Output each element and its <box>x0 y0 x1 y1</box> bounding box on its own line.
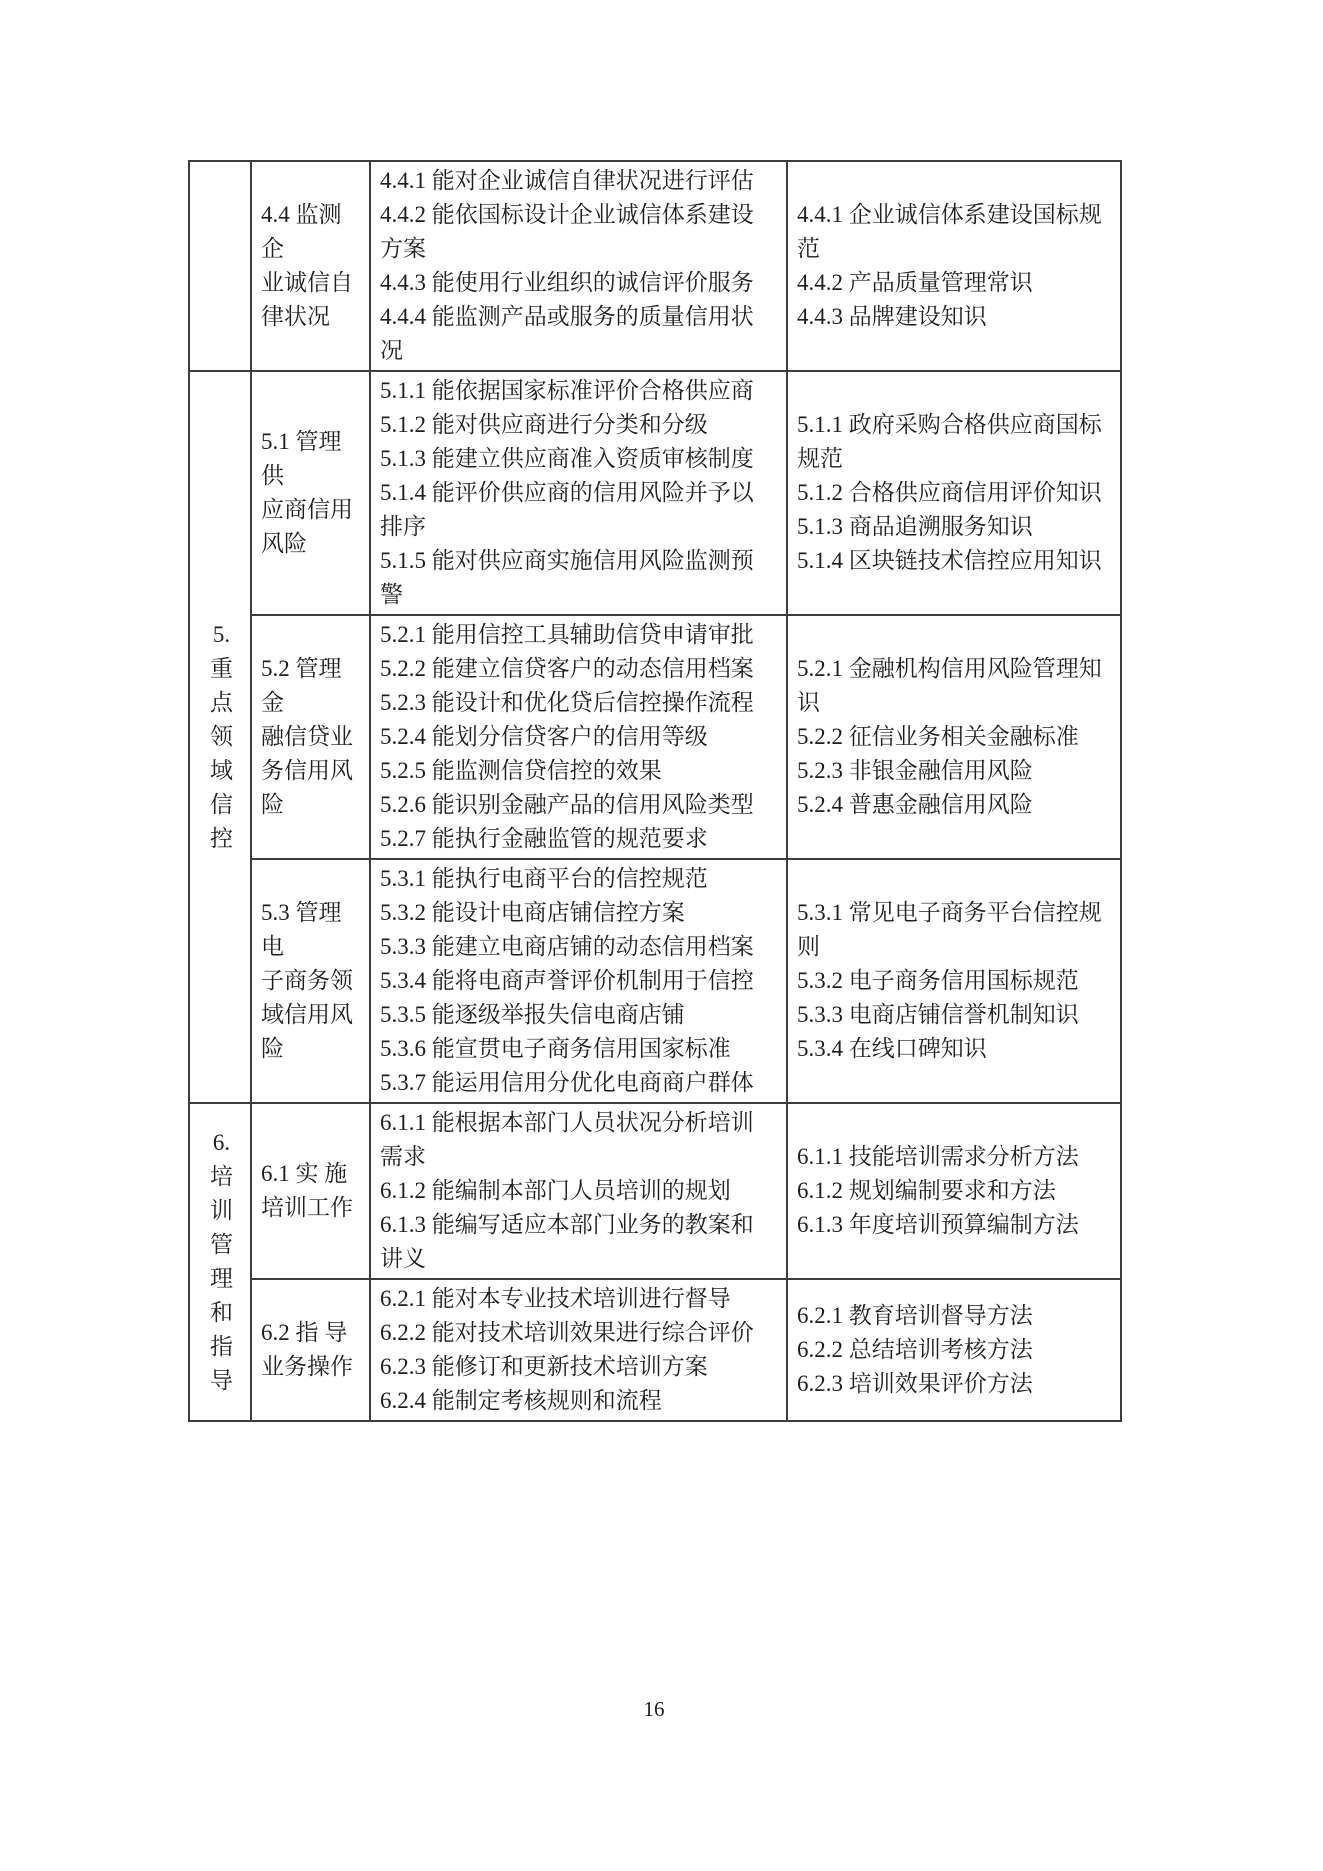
knowledge-cell-6-1: 6.1.1 技能培训需求分析方法 6.1.2 规划编制要求和方法 6.1.3 年… <box>787 1103 1121 1279</box>
skills-cell-6-1: 6.1.1 能根据本部门人员状况分析培训 需求 6.1.2 能编制本部门人员培训… <box>370 1103 787 1279</box>
skills-cell-5-1: 5.1.1 能依据国家标准评价合格供应商 5.1.2 能对供应商进行分类和分级 … <box>370 371 787 615</box>
knowledge-cell-5-3: 5.3.1 常见电子商务平台信控规 则 5.3.2 电子商务信用国标规范 5.3… <box>787 859 1121 1103</box>
task-cell-6-2: 6.2 指 导 业务操作 <box>251 1279 370 1421</box>
skill-standard-table: 4.4 监测企 业诚信自 律状况 4.4.1 能对企业诚信自律状况进行评估 4.… <box>188 160 1122 1422</box>
table-row: 6. 培训管理和指导 6.1 实 施 培训工作 6.1.1 能根据本部门人员状况… <box>189 1103 1121 1279</box>
task-cell-6-1: 6.1 实 施 培训工作 <box>251 1103 370 1279</box>
table-row: 5. 重点领域信控 5.1 管理供 应商信用 风险 5.1.1 能依据国家标准评… <box>189 371 1121 615</box>
knowledge-cell-4-4: 4.4.1 企业诚信体系建设国标规 范 4.4.2 产品质量管理常识 4.4.3… <box>787 161 1121 371</box>
group-label: 5. 重点领域信控 <box>208 618 235 856</box>
task-cell-5-1: 5.1 管理供 应商信用 风险 <box>251 371 370 615</box>
knowledge-cell-6-2: 6.2.1 教育培训督导方法 6.2.2 总结培训考核方法 6.2.3 培训效果… <box>787 1279 1121 1421</box>
task-cell-5-2: 5.2 管理金 融信贷业 务信用风 险 <box>251 615 370 859</box>
page-number: 16 <box>188 1697 1120 1722</box>
table-row: 6.2 指 导 业务操作 6.2.1 能对本专业技术培训进行督导 6.2.2 能… <box>189 1279 1121 1421</box>
task-cell-4-4: 4.4 监测企 业诚信自 律状况 <box>251 161 370 371</box>
group-cell-5: 5. 重点领域信控 <box>189 371 251 1103</box>
group-cell-4-continued <box>189 161 251 371</box>
table-row: 5.2 管理金 融信贷业 务信用风 险 5.2.1 能用信控工具辅助信贷申请审批… <box>189 615 1121 859</box>
knowledge-cell-5-1: 5.1.1 政府采购合格供应商国标 规范 5.1.2 合格供应商信用评价知识 5… <box>787 371 1121 615</box>
skills-cell-6-2: 6.2.1 能对本专业技术培训进行督导 6.2.2 能对技术培训效果进行综合评价… <box>370 1279 787 1421</box>
group-cell-6: 6. 培训管理和指导 <box>189 1103 251 1421</box>
task-cell-5-3: 5.3 管理电 子商务领 域信用风 险 <box>251 859 370 1103</box>
skills-cell-5-3: 5.3.1 能执行电商平台的信控规范 5.3.2 能设计电商店铺信控方案 5.3… <box>370 859 787 1103</box>
group-label: 6. 培训管理和指导 <box>208 1126 235 1398</box>
document-page: 4.4 监测企 业诚信自 律状况 4.4.1 能对企业诚信自律状况进行评估 4.… <box>0 0 1323 1871</box>
knowledge-cell-5-2: 5.2.1 金融机构信用风险管理知 识 5.2.2 征信业务相关金融标准 5.2… <box>787 615 1121 859</box>
skills-cell-5-2: 5.2.1 能用信控工具辅助信贷申请审批 5.2.2 能建立信贷客户的动态信用档… <box>370 615 787 859</box>
table-row: 4.4 监测企 业诚信自 律状况 4.4.1 能对企业诚信自律状况进行评估 4.… <box>189 161 1121 371</box>
skills-cell-4-4: 4.4.1 能对企业诚信自律状况进行评估 4.4.2 能依国标设计企业诚信体系建… <box>370 161 787 371</box>
table-row: 5.3 管理电 子商务领 域信用风 险 5.3.1 能执行电商平台的信控规范 5… <box>189 859 1121 1103</box>
